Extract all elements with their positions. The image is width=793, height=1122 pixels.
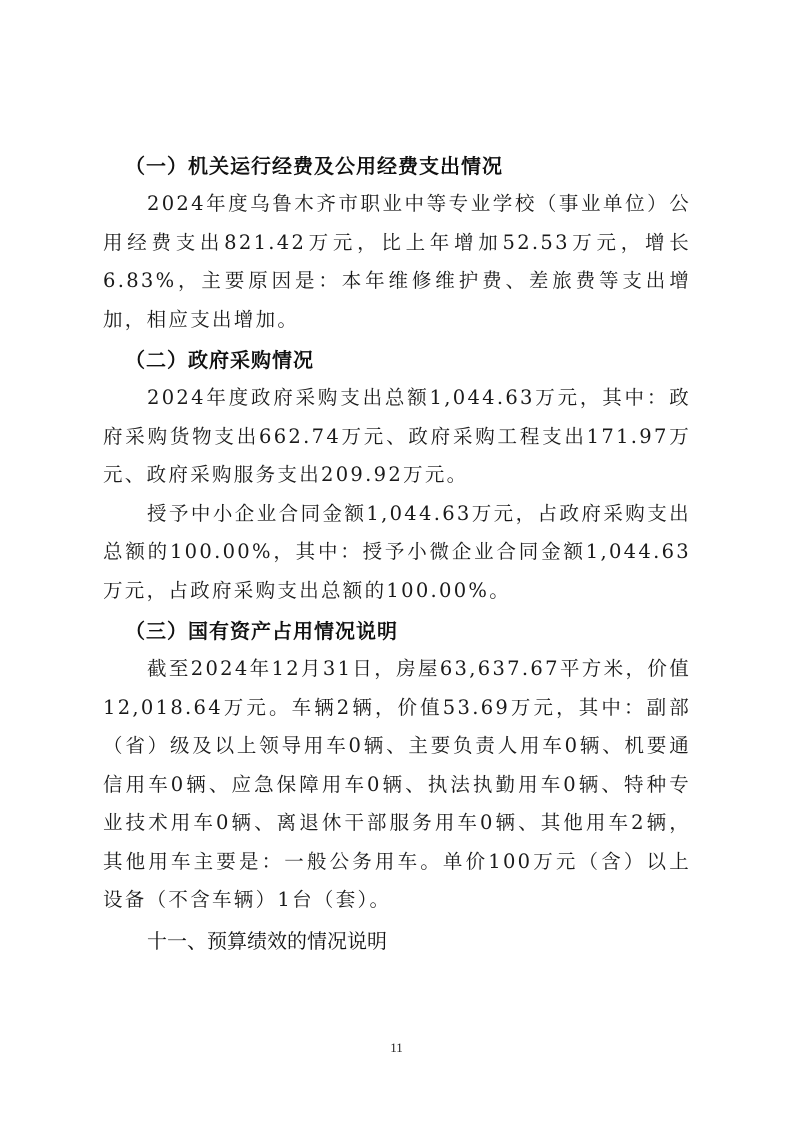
page-number: 11 [0, 1040, 793, 1056]
paragraph-public-expenses: 2024年度乌鲁木齐市职业中等专业学校（事业单位）公用经费支出821.42万元，… [103, 185, 691, 339]
paragraph-procurement-total: 2024年度政府采购支出总额1,044.63万元，其中：政府采购货物支出662.… [103, 379, 691, 495]
paragraph-state-assets: 截至2024年12月31日，房屋63,637.67平方米，价值12,018.64… [103, 650, 691, 920]
chapter-heading-performance: 十一、预算绩效的情况说明 [103, 922, 691, 960]
section-heading-public-expenses: （一）机关运行经费及公用经费支出情况 [103, 147, 691, 185]
paragraph-procurement-sme: 授予中小企业合同金额1,044.63万元，占政府采购支出总额的100.00%，其… [103, 495, 691, 611]
section-heading-state-assets: （三）国有资产占用情况说明 [103, 612, 691, 650]
document-page: （一）机关运行经费及公用经费支出情况 2024年度乌鲁木齐市职业中等专业学校（事… [103, 147, 691, 960]
section-heading-procurement: （二）政府采购情况 [103, 341, 691, 379]
